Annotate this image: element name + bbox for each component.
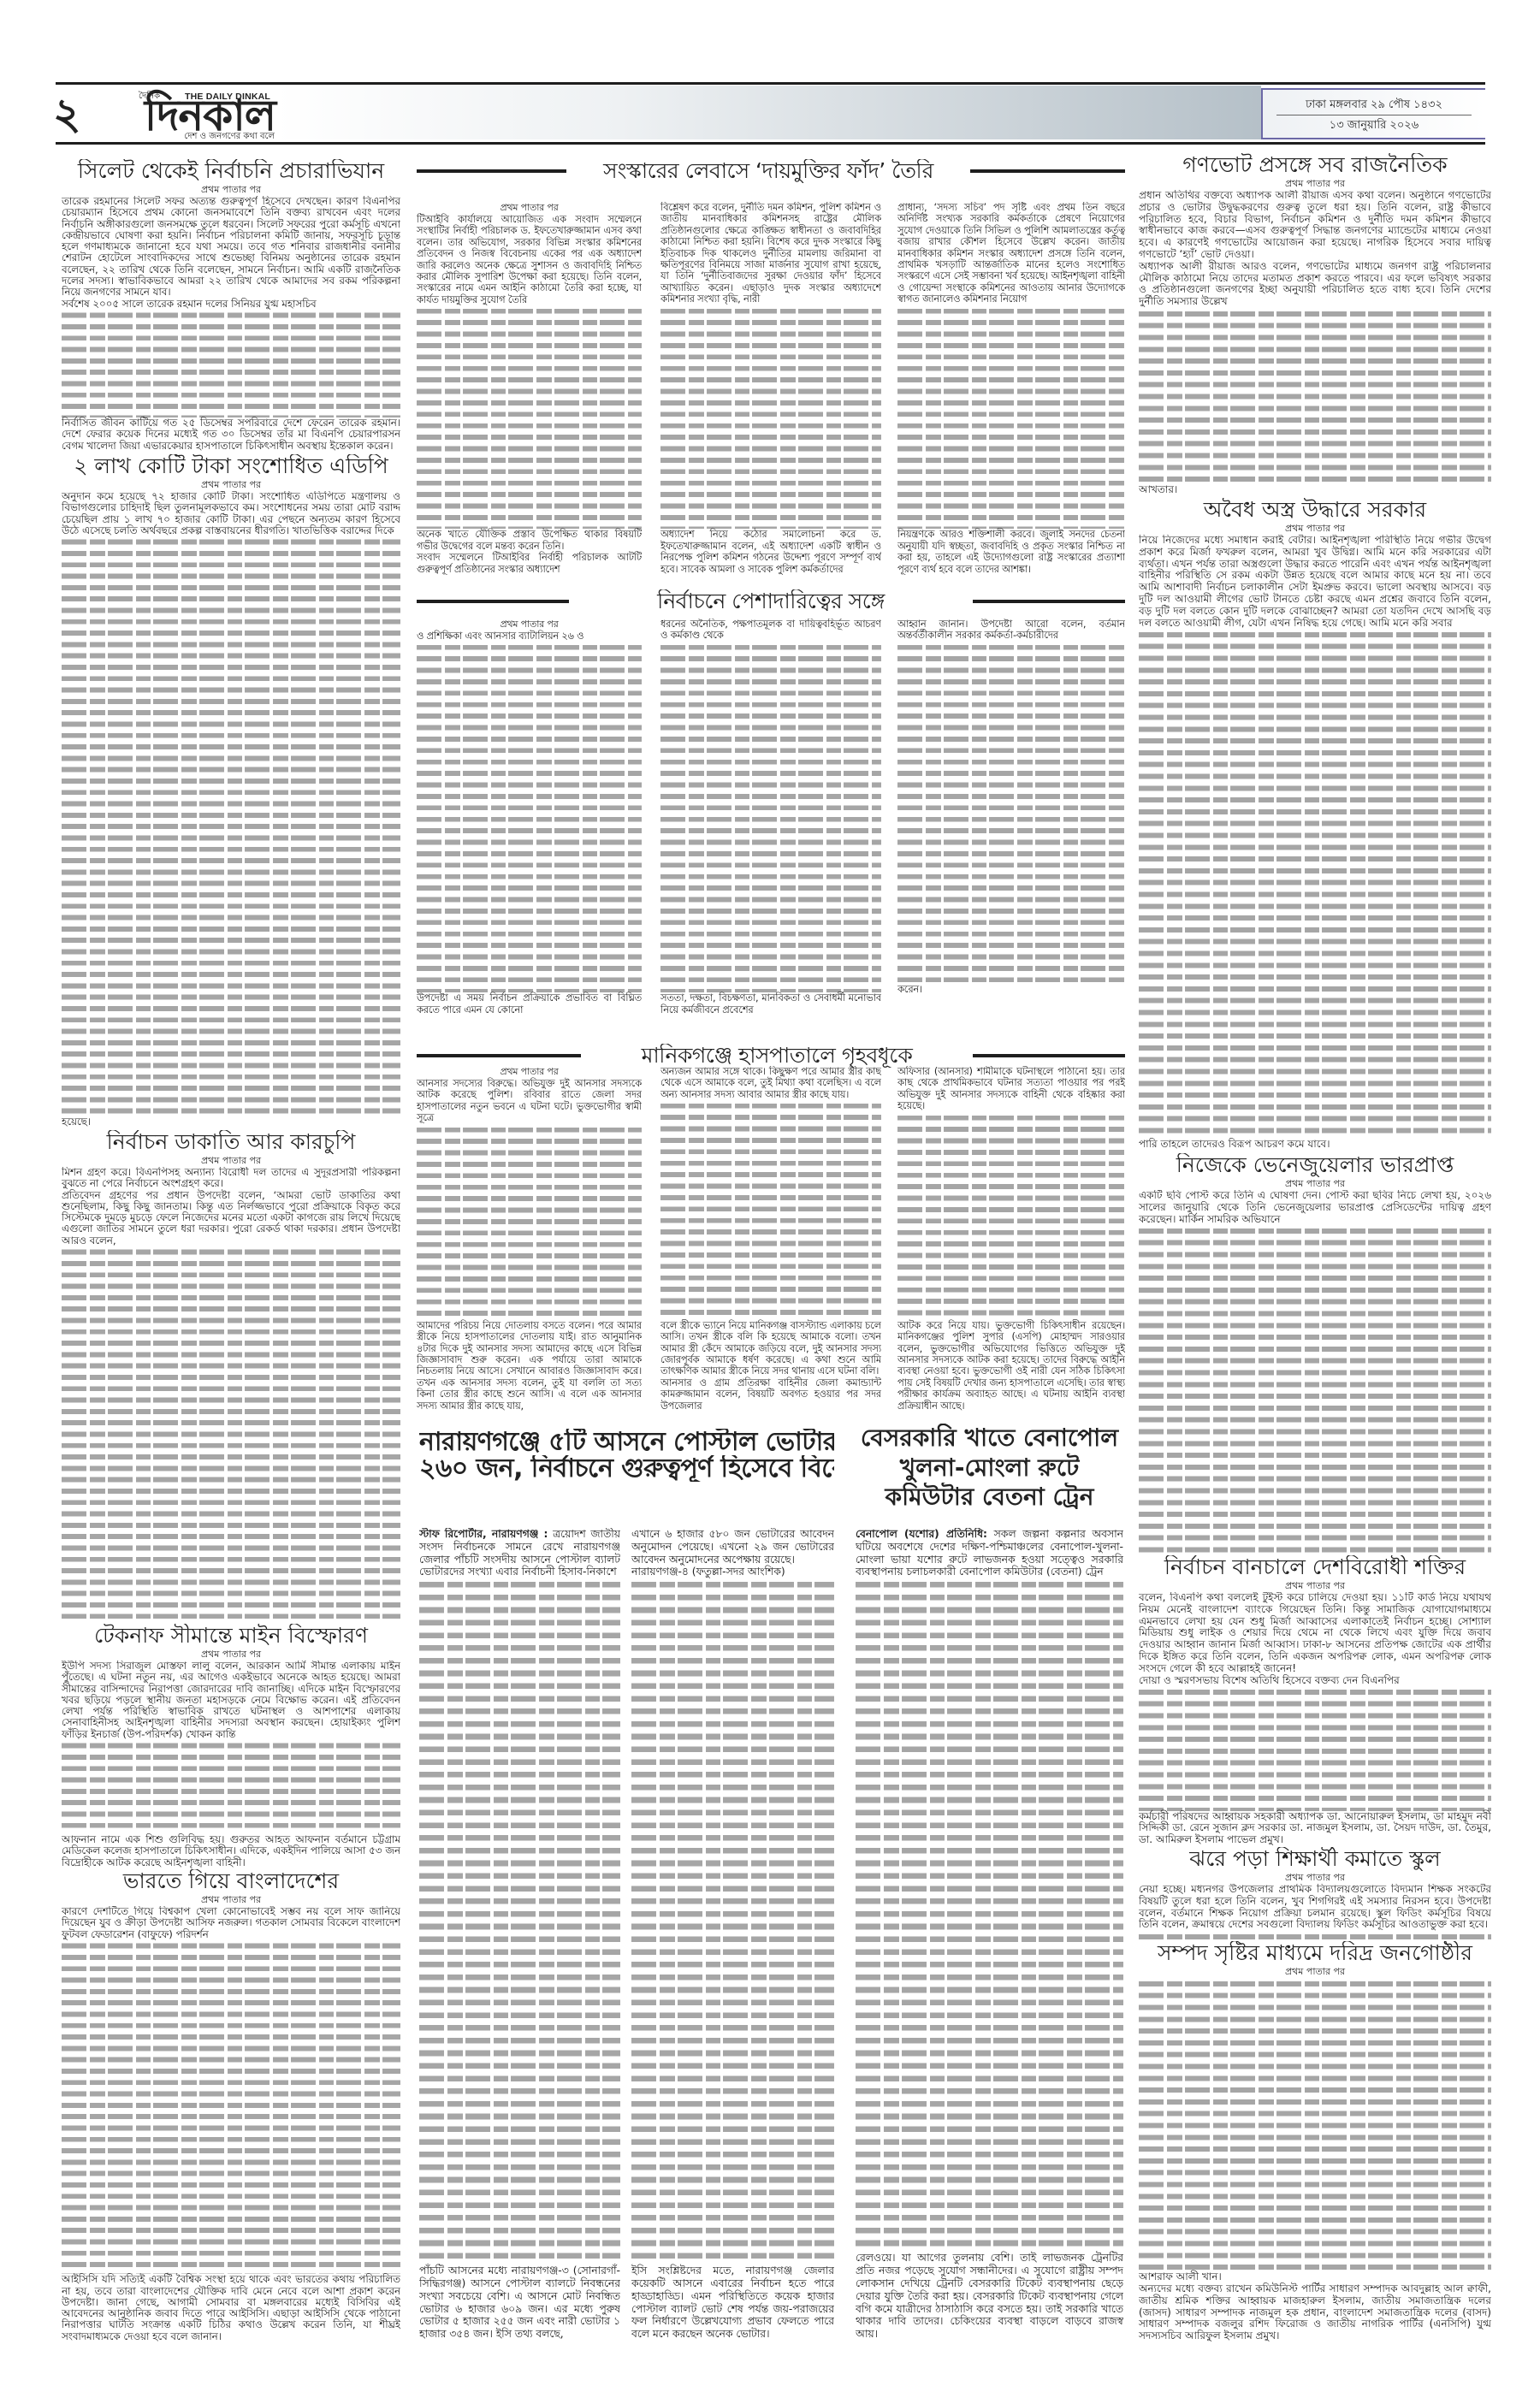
headline-rule-left [417, 169, 566, 173]
paragraph: টিআইবি কার্যালয়ে আয়োজিত এক সংবাদ সম্মে… [417, 214, 642, 305]
paragraph: প্রধান অতিথির বক্তব্যে অধ্যাপক আলী রীয়া… [1139, 190, 1491, 261]
continued-label: প্রথম পাতার পর [1139, 1871, 1491, 1884]
headline-line-2: খুলনা-মোংলা রুটে [856, 1454, 1123, 1483]
body-end: পাঁচটি আসনের মধ্যে নারায়ণগঞ্জ-৩ (সোনারগ… [419, 2265, 620, 2341]
headline-rule-left [417, 600, 569, 603]
paragraph: একটি ছবি পোস্ট করে তিনি এ ঘোষণা দেন। পোস… [1139, 1190, 1491, 1225]
paragraph: এখানে ৬ হাজার ৫৮০ জন ভোটারের আবেদন অনুমো… [631, 1528, 834, 1566]
column-3: আহ্বান জানান। উপদেষ্টা আরো বলেন, বর্তমান… [897, 619, 1125, 995]
unread-text-lines [417, 642, 642, 992]
column-2: বিশ্লেষণ করে বলেন, দুর্নীতি দমন কমিশন, প… [660, 202, 881, 575]
body-end: আশরাফ আলী খান।অন্যদের মধ্যে বক্তব্য রাখে… [1139, 2271, 1491, 2342]
paragraph: অন্যদের মধ্যে বক্তব্য রাখেন কমিউনিস্ট পা… [1139, 2283, 1491, 2342]
article-body: আশরাফ আলী খান।অন্যদের মধ্যে বক্তব্য রাখে… [1139, 1978, 1491, 2342]
unread-text-lines [856, 1578, 1123, 2252]
body-start: অন্যজন আমার সঙ্গে থাকে। কিছুক্ষণ পরে আমা… [660, 1066, 881, 1100]
unread-text-lines [62, 1940, 400, 2274]
article-body: বেনাপোল (যশোর) প্রতিনিধি: সকল জল্পনা কল্… [856, 1528, 1123, 2341]
paragraph: বলেন, বিএনপি কথা বললেই টুইস্ট করে চালিয়… [1139, 1592, 1491, 1675]
article-columns: প্রথম পাতার পর আনসার সদস্যের বিরুদ্ধে। অ… [417, 1066, 1125, 1412]
newspaper-logo: দিনকাল [96, 98, 275, 133]
headline: নির্বাচনে পেশাদারিত্বের সঙ্গে [569, 589, 973, 613]
article-benapole-commuter-train: বেসরকারি খাতে বেনাপোল খুলনা-মোংলা রুটে ক… [856, 1424, 1123, 2341]
body-end: ইসি সংশ্লিষ্টদের মতে, নারায়ণগঞ্জ জেলার … [631, 2265, 834, 2341]
headline: টেকনাফ সীমান্তে মাইন বিস্ফোরণ [62, 1624, 400, 1648]
unread-text-lines [62, 1246, 400, 1621]
paragraph: আনসার ও গ্রাম প্রতিরক্ষা বাহিনীর জেলা কম… [660, 1377, 881, 1412]
column-1: প্রথম পাতার পর আনসার সদস্যের বিরুদ্ধে। অ… [417, 1066, 642, 1412]
article-columns: প্রথম পাতার পর টিআইবি কার্যালয়ে আয়োজিত… [417, 202, 1125, 575]
body-start: ইউপি সদস্য সিরাজুল মোস্তফা লালু বলেন, আর… [62, 1661, 400, 1740]
masthead-top-rule [56, 82, 1485, 85]
headline-rule-right [973, 600, 1125, 603]
article-body: মিশন গ্রহণ করে। বিএনপিসহ অন্যান্য বিরোধী… [62, 1167, 400, 1621]
article-body: ইউপি সদস্য সিরাজুল মোস্তফা লালু বলেন, আর… [62, 1661, 400, 1868]
body-end: বলে স্ত্রীকে ভ্যানে নিয়ে মানিকগঞ্জ বাসস… [660, 1320, 881, 1412]
headline: নির্বাচন বানচালে দেশবিরোধী শক্তির [1139, 1555, 1491, 1579]
unread-text-lines [417, 1124, 642, 1320]
paragraph: পাঁচটি আসনের মধ্যে নারায়ণগঞ্জ-৩ (সোনারগ… [419, 2265, 620, 2341]
article-body: বলেন, বিএনপি কথা বললেই টুইস্ট করে চালিয়… [1139, 1592, 1491, 1846]
body-end: নির্বাসিত জীবন কাটিয়ে গত ২৫ ডিসেম্বর সপ… [62, 417, 400, 452]
body-end: আটক করে নিয়ে যায়। ভুক্তভোগী চিকিৎসাধীন… [897, 1320, 1125, 1412]
article-manikganj-hospital: মানিকগঞ্জে হাসপাতালে গৃহবধূকে প্রথম পাতা… [417, 1044, 1125, 1068]
body-end: পারি তাহলে তাদেরও বিরূপ আচরণ কমে যাবে। [1139, 1139, 1491, 1151]
headline: অবৈধ অস্ত্র উদ্ধারে সরকার [1139, 498, 1491, 522]
body-start: একটি ছবি পোস্ট করে তিনি এ ঘোষণা দেন। পোস… [1139, 1190, 1491, 1225]
unread-text-lines [1139, 1686, 1491, 1810]
column-2: এখানে ৬ হাজার ৫৮০ জন ভোটারের আবেদন অনুমো… [631, 1528, 834, 2341]
body-start: ধরনের অনৈতিক, পক্ষপাতমূলক বা দায়িত্ববহি… [660, 619, 881, 642]
unread-text-lines [660, 642, 881, 992]
unread-text-lines [1139, 1225, 1491, 1555]
paragraph: ধরনের অনৈতিক, পক্ষপাতমূলক বা দায়িত্ববহি… [660, 619, 881, 642]
date-gregorian: ১৩ জানুয়ারি ২০২৬ [1263, 118, 1485, 133]
continued-label: প্রথম পাতার পর [1139, 522, 1491, 535]
body-start: প্রাধান্য, ‘সদস্য সচিব’ পদ সৃষ্টি এবং প্… [897, 202, 1125, 305]
headline: ভারতে গিয়ে বাংলাদেশের [62, 1869, 400, 1893]
paragraph: পারি তাহলে তাদেরও বিরূপ আচরণ কমে যাবে। [1139, 1139, 1491, 1151]
unread-text-lines [1139, 1931, 1491, 1941]
paragraph: রেলওয়ে। যা আগের তুলনায় বেশি। তাই লাভজন… [856, 2252, 1123, 2341]
continued-label: প্রথম পাতার পর [1139, 177, 1491, 190]
continued-label: প্রথম পাতার পর [1139, 1579, 1491, 1592]
paragraph: নেয়া হচ্ছে। মধ্যনগর উপজেলার প্রাথমিক বি… [1139, 1884, 1491, 1931]
continued-label: প্রথম পাতার পর [417, 1066, 642, 1078]
unread-text-lines [660, 1100, 881, 1320]
unread-text-lines [62, 310, 400, 417]
headline: নির্বাচন ডাকাতি আর কারচুপি [62, 1130, 400, 1154]
paragraph: নিয়ন্ত্রণকে আরও শক্তিশালী করবে। জুলাই স… [897, 529, 1125, 575]
unread-text-lines [417, 305, 642, 529]
body-start: প্রধান অতিথির বক্তব্যে অধ্যাপক আলী রীয়া… [1139, 190, 1491, 308]
paragraph: আশরাফ আলী খান। [1139, 2271, 1491, 2283]
body-end: আইসিসি যদি সত্যিই একটি বৈশ্বিক সংস্থা হয… [62, 2274, 400, 2342]
paragraph: কারণে দেশটিতে গিয়ে বিশ্বকাপ খেলা কোনোভা… [62, 1906, 400, 1940]
column-1: স্টাফ রিপোর্টার, নারায়ণগঞ্জ : ত্রয়োদশ … [419, 1528, 620, 2341]
unread-text-lines [897, 1112, 1125, 1320]
unread-text-lines [62, 536, 400, 1116]
body-end: সততা, দক্ষতা, বিচক্ষণতা, মানবিকতা ও সেবা… [660, 992, 881, 1015]
headline: মানিকগঞ্জে হাসপাতালে গৃহবধূকে [581, 1044, 973, 1068]
headline-rule-right [973, 1054, 1125, 1057]
paragraph: তারেক রহমানের সিলেট সফর অত্যন্ত গুরুত্বপ… [62, 196, 400, 299]
body-end: অনেক খাতে যৌক্তিক প্রস্তাব উপেক্ষিত থাকা… [417, 529, 642, 575]
column-3: প্রাধান্য, ‘সদস্য সচিব’ পদ সৃষ্টি এবং প্… [897, 202, 1125, 575]
headline-line-1: বেসরকারি খাতে বেনাপোল [856, 1424, 1123, 1454]
article-reform-impunity-trap: সংস্কারের লেবাসে ‘দায়মুক্তির ফাঁদ’ তৈরি… [417, 159, 1125, 183]
article-body: নিয়ে নিজেদের মধ্যে সমাধান করাই বেটার। আ… [1139, 535, 1491, 1151]
paragraph: আখতার। [1139, 484, 1491, 496]
article-anti-state-forces: নির্বাচন বানচালে দেশবিরোধী শক্তির প্রথম … [1139, 1555, 1491, 1846]
column-3: অফিসার (আনসার) শামীমাকে ঘটনাস্থলে পাঠানো… [897, 1066, 1125, 1412]
date-bangla: ঢাকা মঙ্গলবার ২৯ পৌষ ১৪৩২ [1263, 98, 1485, 112]
body-start: নেয়া হচ্ছে। মধ্যনগর উপজেলার প্রাথমিক বি… [1139, 1884, 1491, 1931]
continued-label: প্রথম পাতার পর [62, 183, 400, 196]
body-end: করেন। [897, 984, 1125, 995]
continued-label: প্রথম পাতার পর [62, 1648, 400, 1661]
lead-paragraph: স্টাফ রিপোর্টার, নারায়ণগঞ্জ : ত্রয়োদশ … [419, 1528, 620, 1578]
article-school-dropout: ঝরে পড়া শিক্ষার্থী কমাতে স্কুল প্রথম পা… [1139, 1847, 1491, 1941]
body-end: উপদেষ্টা এ সময় নির্বাচন প্রক্রিয়াকে প্… [417, 992, 642, 1015]
headline-line-1: নারায়ণগঞ্জে ৫টি আসনে পোস্টাল ভোটার ২৪ হ… [419, 1429, 834, 1455]
paragraph: ও প্রশিক্ষিকা এবং আনসার ব্যাটালিয়ন ২৬ ও [417, 631, 642, 642]
paragraph: আফনান নামে এক শিশু গুলিবিদ্ধ হয়। গুরুতর… [62, 1834, 400, 1868]
paragraph: উপদেষ্টা এ সময় নির্বাচন প্রক্রিয়াকে প্… [417, 992, 642, 1015]
article-referendum-parties: গণভোট প্রসঙ্গে সব রাজনৈতিক প্রথম পাতার প… [1139, 153, 1491, 496]
article-election-rigging: নির্বাচন ডাকাতি আর কারচুপি প্রথম পাতার প… [62, 1130, 400, 1621]
paragraph: অন্যজন আমার সঙ্গে থাকে। কিছুক্ষণ পরে আমা… [660, 1066, 881, 1100]
headline: সংস্কারের লেবাসে ‘দায়মুক্তির ফাঁদ’ তৈরি [566, 159, 970, 183]
continued-label: প্রথম পাতার পর [1139, 1965, 1491, 1978]
date-divider [1276, 115, 1472, 115]
paragraph: আমাদের পরিচয় নিয়ে দোতলায় বসতে বলেন। প… [417, 1320, 642, 1412]
article-election-professionalism: নির্বাচনে পেশাদারিত্বের সঙ্গে প্রথম পাতা… [417, 589, 1125, 613]
byline: বেনাপোল (যশোর) প্রতিনিধি: [856, 1528, 987, 1540]
article-narayanganj-postal-voters: নারায়ণগঞ্জে ৫টি আসনে পোস্টাল ভোটার ২৪ হ… [419, 1429, 834, 2341]
logo-tagline: দেশ ও জনগণের কথা বলে [120, 132, 275, 142]
continued-label: প্রথম পাতার পর [417, 202, 642, 214]
body-end: নিয়ন্ত্রণকে আরও শক্তিশালী করবে। জুলাই স… [897, 529, 1125, 575]
masthead-gradient-band [275, 86, 1261, 139]
paragraph: ইসি সংশ্লিষ্টদের মতে, নারায়ণগঞ্জ জেলার … [631, 2265, 834, 2341]
body-start: ও প্রশিক্ষিকা এবং আনসার ব্যাটালিয়ন ২৬ ও [417, 631, 642, 642]
paragraph: নারায়ণগঞ্জ-৪ (ফতুল্লা-সদর আংশিক) [631, 1566, 834, 1578]
body-start: মিশন গ্রহণ করে। বিএনপিসহ অন্যান্য বিরোধী… [62, 1167, 400, 1246]
article-revised-adp: ২ লাখ কোটি টাকা সংশোধিত এডিপি প্রথম পাতা… [62, 454, 400, 1128]
article-body: প্রধান অতিথির বক্তব্যে অধ্যাপক আলী রীয়া… [1139, 190, 1491, 496]
headline: সিলেট থেকেই নির্বাচনি প্রচারাভিযান [62, 159, 400, 183]
headline-row: নির্বাচনে পেশাদারিত্বের সঙ্গে [417, 589, 1125, 613]
paragraph: সততা, দক্ষতা, বিচক্ষণতা, মানবিকতা ও সেবা… [660, 992, 881, 1015]
paragraph: দোয়া ও স্মরণসভায় বিশেষ অতিথি হিসেবে বক… [1139, 1675, 1491, 1687]
paragraph: আনসার সদস্যের বিরুদ্ধে। অভিযুক্ত দুই আনস… [417, 1078, 642, 1124]
article-body: তারেক রহমানের সিলেট সফর অত্যন্ত গুরুত্বপ… [62, 196, 400, 452]
article-columns: প্রথম পাতার পর ও প্রশিক্ষিকা এবং আনসার ব… [417, 619, 1125, 1015]
paragraph: বিশ্লেষণ করে বলেন, দুর্নীতি দমন কমিশন, প… [660, 202, 881, 305]
masthead-bottom-rule [56, 142, 1485, 145]
unread-text-lines [419, 1578, 620, 2265]
article-body: একটি ছবি পোস্ট করে তিনি এ ঘোষণা দেন। পোস… [1139, 1190, 1491, 1555]
paragraph: অনেক খাতে যৌক্তিক প্রস্তাব উপেক্ষিত থাকা… [417, 529, 642, 552]
article-body: অনুদান কমে হয়েছে ৭২ হাজার কোটি টাকা। সং… [62, 491, 400, 1128]
paragraph: অনুদান কমে হয়েছে ৭২ হাজার কোটি টাকা। সং… [62, 491, 400, 536]
paragraph: নির্বাসিত জীবন কাটিয়ে গত ২৫ ডিসেম্বর সপ… [62, 417, 400, 452]
article-body: নেয়া হচ্ছে। মধ্যনগর উপজেলার প্রাথমিক বি… [1139, 1884, 1491, 1941]
article-teknaf-mine-blast: টেকনাফ সীমান্তে মাইন বিস্ফোরণ প্রথম পাতা… [62, 1624, 400, 1868]
paragraph: মিশন গ্রহণ করে। বিএনপিসহ অন্যান্য বিরোধী… [62, 1167, 400, 1190]
unread-text-lines [631, 1578, 834, 2265]
column-2: ধরনের অনৈতিক, পক্ষপাতমূলক বা দায়িত্ববহি… [660, 619, 881, 1015]
continued-label: প্রথম পাতার পর [62, 1154, 400, 1167]
byline: স্টাফ রিপোর্টার, নারায়ণগঞ্জ : [419, 1528, 548, 1540]
paragraph: বলে স্ত্রীকে ভ্যানে নিয়ে মানিকগঞ্জ বাসস… [660, 1320, 881, 1377]
headline: গণভোট প্রসঙ্গে সব রাজনৈতিক [1139, 153, 1491, 177]
paragraph: করেন। [897, 984, 1125, 995]
continued-label: প্রথম পাতার পর [62, 478, 400, 491]
continued-label: প্রথম পাতার পর [62, 1893, 400, 1906]
unread-text-lines [897, 305, 1125, 530]
body-end: আখতার। [1139, 484, 1491, 496]
body-start: আহ্বান জানান। উপদেষ্টা আরো বলেন, বর্তমান… [897, 619, 1125, 642]
paragraph: অফিসার (আনসার) শামীমাকে ঘটনাস্থলে পাঠানো… [897, 1066, 1125, 1112]
column-2: অন্যজন আমার সঙ্গে থাকে। কিছুক্ষণ পরে আমা… [660, 1066, 881, 1412]
unread-text-lines [62, 1740, 400, 1834]
body-end: হয়েছে। [62, 1116, 400, 1128]
column-1: প্রথম পাতার পর টিআইবি কার্যালয়ে আয়োজিত… [417, 202, 642, 575]
paragraph: প্রাধান্য, ‘সদস্য সচিব’ পদ সৃষ্টি এবং প্… [897, 202, 1125, 305]
body-start: আনসার সদস্যের বিরুদ্ধে। অভিযুক্ত দুই আনস… [417, 1078, 642, 1124]
headline-rule-right [970, 169, 1125, 173]
headline-row: মানিকগঞ্জে হাসপাতালে গৃহবধূকে [417, 1044, 1125, 1068]
paragraph: সর্বশেষ ২০০৫ সালে তারেক রহমান দলের সিনিয… [62, 299, 400, 310]
article-illegal-arms-recovery: অবৈধ অস্ত্র উদ্ধারে সরকার প্রথম পাতার পর… [1139, 498, 1491, 1151]
body-start: অনুদান কমে হয়েছে ৭২ হাজার কোটি টাকা। সং… [62, 491, 400, 536]
body-start: কারণে দেশটিতে গিয়ে বিশ্বকাপ খেলা কোনোভা… [62, 1906, 400, 1940]
headline: নিজেকে ভেনেজুয়েলার ভারপ্রাপ্ত [1139, 1153, 1491, 1177]
article-venezuela-acting-president: নিজেকে ভেনেজুয়েলার ভারপ্রাপ্ত প্রথম পাত… [1139, 1153, 1491, 1555]
headline-line-2: ২৬০ জন, নির্বাচনে গুরুত্বপূর্ণ হিসেবে বি… [419, 1455, 834, 1482]
body-start: তারেক রহমানের সিলেট সফর অত্যন্ত গুরুত্বপ… [62, 196, 400, 310]
headline-row: সংস্কারের লেবাসে ‘দায়মুক্তির ফাঁদ’ তৈরি [417, 159, 1125, 183]
continued-label: প্রথম পাতার পর [1139, 1177, 1491, 1190]
headline-line-3: কমিউটার বেতনা ট্রেন [856, 1483, 1123, 1513]
paragraph: ইউপি সদস্য সিরাজুল মোস্তফা লালু বলেন, আর… [62, 1661, 400, 1740]
unread-text-lines [660, 305, 881, 530]
page-number: ২ [53, 91, 81, 137]
body-start: টিআইবি কার্যালয়ে আয়োজিত এক সংবাদ সম্মে… [417, 214, 642, 305]
paragraph: নিয়ে নিজেদের মধ্যে সমাধান করাই বেটার। আ… [1139, 535, 1491, 629]
headline: ২ লাখ কোটি টাকা সংশোধিত এডিপি [62, 454, 400, 478]
paragraph: হয়েছে। [62, 1116, 400, 1128]
column-1: প্রথম পাতার পর ও প্রশিক্ষিকা এবং আনসার ব… [417, 619, 642, 1015]
paragraph: অধ্যাপক আলী রীয়াজ আরও বলেন, গণভোটের মাধ… [1139, 261, 1491, 308]
lead-paragraph: বেনাপোল (যশোর) প্রতিনিধি: সকল জল্পনা কল্… [856, 1528, 1123, 1578]
article-poor-wealth-creation: সম্পদ সৃষ্টির মাধ্যমে দরিদ্র জনগোষ্ঠীর প… [1139, 1941, 1491, 2342]
paragraph: সংবাদ সম্মেলনে টিআইবির নির্বাহী পরিচালক … [417, 552, 642, 575]
body-start: এখানে ৬ হাজার ৫৮০ জন ভোটারের আবেদন অনুমো… [631, 1528, 834, 1578]
body-start: বিশ্লেষণ করে বলেন, দুর্নীতি দমন কমিশন, প… [660, 202, 881, 305]
body-end: অধ্যাদেশ নিয়ে কঠোর সমালোচনা করে ড. ইফতে… [660, 529, 881, 575]
paragraph: কর্মচারী পরিষদের আহ্বায়ক সহকারী অধ্যাপক… [1139, 1811, 1491, 1846]
unread-text-lines [1139, 308, 1491, 484]
body-start: বলেন, বিএনপি কথা বললেই টুইস্ট করে চালিয়… [1139, 1592, 1491, 1686]
paragraph: আহ্বান জানান। উপদেষ্টা আরো বলেন, বর্তমান… [897, 619, 1125, 642]
paragraph: অধ্যাদেশ নিয়ে কঠোর সমালোচনা করে ড. ইফতে… [660, 529, 881, 575]
article-sylhet-campaign: সিলেট থেকেই নির্বাচনি প্রচারাভিযান প্রথম… [62, 159, 400, 452]
article-body: কারণে দেশটিতে গিয়ে বিশ্বকাপ খেলা কোনোভা… [62, 1906, 400, 2342]
continued-label: প্রথম পাতার পর [417, 619, 642, 631]
unread-text-lines [1139, 629, 1491, 1139]
paragraph: আইসিসি যদি সত্যিই একটি বৈশ্বিক সংস্থা হয… [62, 2274, 400, 2342]
date-box: ঢাকা মঙ্গলবার ২৯ পৌষ ১৪৩২ ১৩ জানুয়ারি ২… [1261, 88, 1485, 139]
body-end: রেলওয়ে। যা আগের তুলনায় বেশি। তাই লাভজন… [856, 2252, 1123, 2341]
article-bangladesh-in-india: ভারতে গিয়ে বাংলাদেশের প্রথম পাতার পর কা… [62, 1869, 400, 2342]
body-start: অফিসার (আনসার) শামীমাকে ঘটনাস্থলে পাঠানো… [897, 1066, 1125, 1112]
body-end: কর্মচারী পরিষদের আহ্বায়ক সহকারী অধ্যাপক… [1139, 1811, 1491, 1846]
headline-rule-left [417, 1054, 581, 1057]
unread-text-lines [897, 642, 1125, 984]
headline: সম্পদ সৃষ্টির মাধ্যমে দরিদ্র জনগোষ্ঠীর [1139, 1941, 1491, 1965]
body-end: আফনান নামে এক শিশু গুলিবিদ্ধ হয়। গুরুতর… [62, 1834, 400, 1868]
body-start: নিয়ে নিজেদের মধ্যে সমাধান করাই বেটার। আ… [1139, 535, 1491, 629]
paragraph: প্রতিবেদন গ্রহণের পর প্রধান উপদেষ্টা বলে… [62, 1190, 400, 1246]
paragraph: আটক করে নিয়ে যায়। ভুক্তভোগী চিকিৎসাধীন… [897, 1320, 1125, 1412]
headline: ঝরে পড়া শিক্ষার্থী কমাতে স্কুল [1139, 1847, 1491, 1871]
unread-text-lines [1139, 1978, 1491, 2271]
body-end: আমাদের পরিচয় নিয়ে দোতলায় বসতে বলেন। প… [417, 1320, 642, 1412]
